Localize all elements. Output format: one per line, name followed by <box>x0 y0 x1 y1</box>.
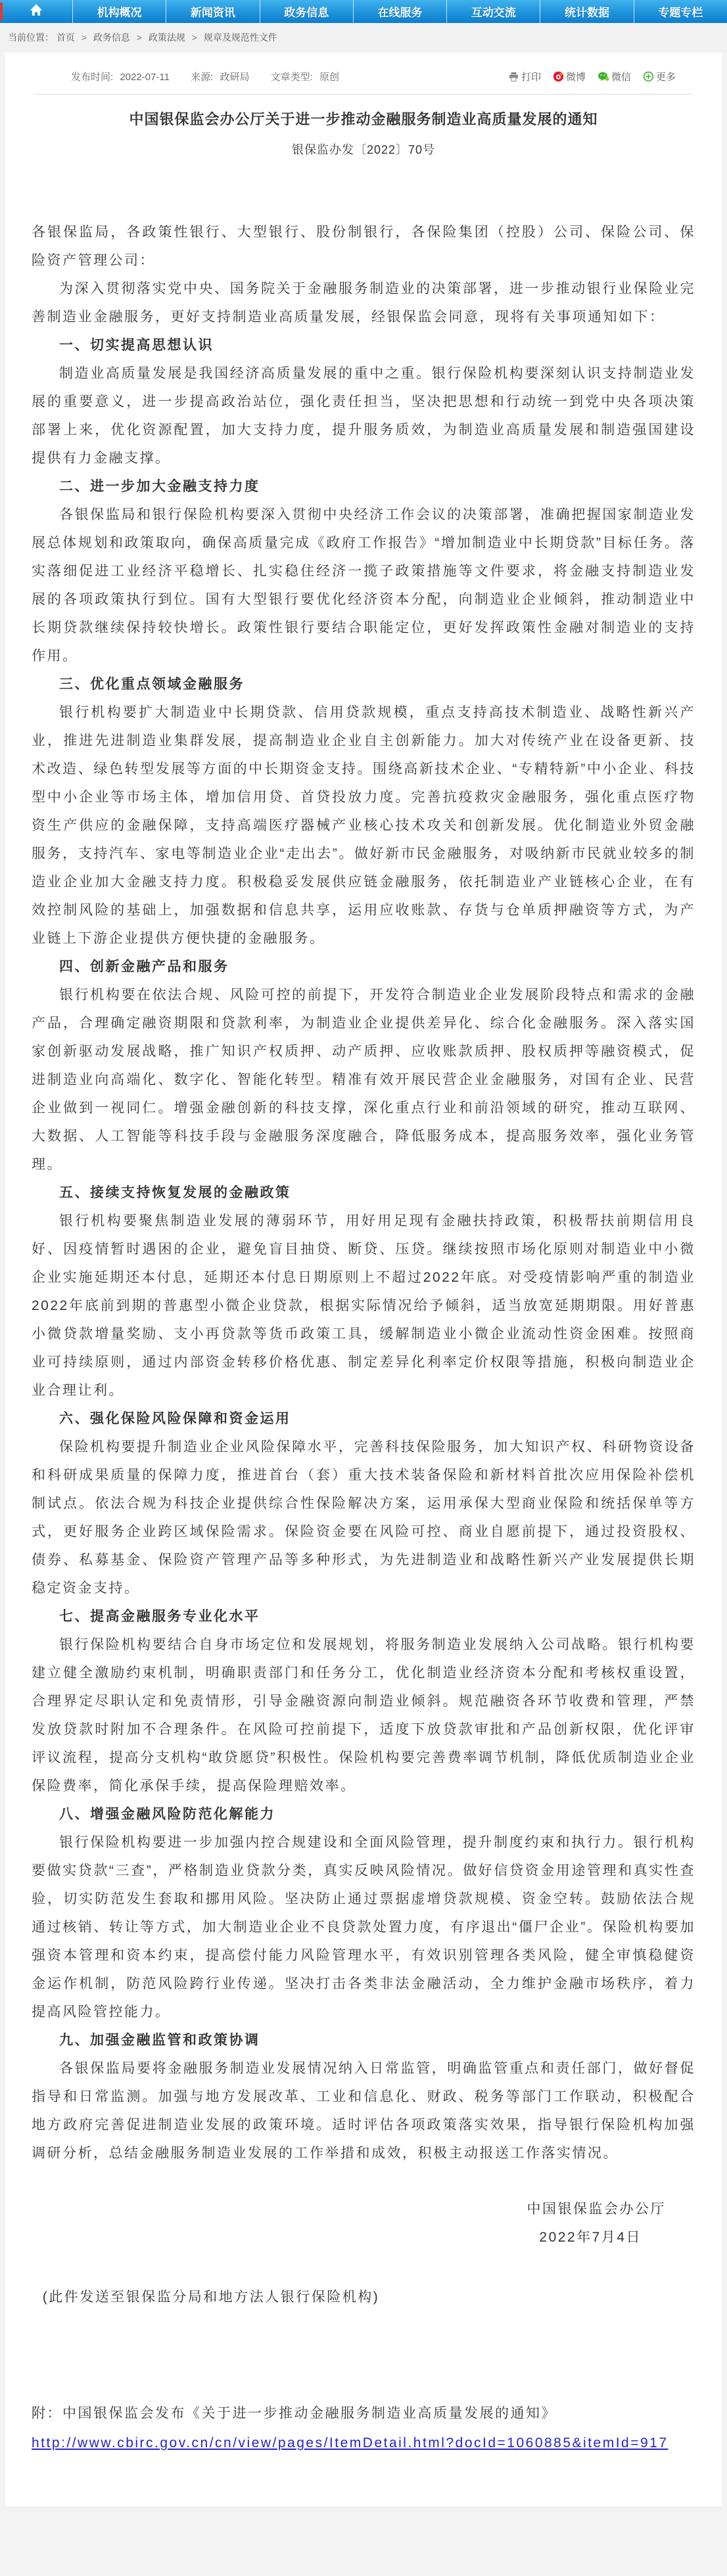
section-9-heading: 九、加强金融监管和政策协调 <box>32 2026 695 2054</box>
section-7-heading: 七、提高金融服务专业化水平 <box>32 1602 695 1631</box>
section-2-heading: 二、进一步加大金融支持力度 <box>32 472 695 501</box>
breadcrumb-separator: > <box>137 32 142 43</box>
section-5-body: 银行机构要聚焦制造业发展的薄弱环节，用好用足现有金融扶持政策，积极帮扶前期信用良… <box>32 1207 695 1405</box>
printer-icon <box>508 72 519 82</box>
breadcrumb-normative-documents[interactable]: 规章及规范性文件 <box>204 32 277 43</box>
nav-item-statistics[interactable]: 统计数据 <box>540 0 633 23</box>
section-2-body: 各银保监局和银行保险机构要深入贯彻中央经济工作会议的决策部署，准确把握国家制造业… <box>32 501 695 670</box>
salutation: 各银保监局，各政策性银行、大型银行、股份制银行，各保险集团（控股）公司、保险公司… <box>32 218 695 275</box>
source-value: 政研局 <box>220 72 249 83</box>
content-card: 发布时间: 2022-07-11 来源: 政研局 文章类型: 原创 <box>5 53 722 2506</box>
article-type-value: 原创 <box>319 72 339 83</box>
breadcrumb-gov-info[interactable]: 政务信息 <box>93 32 130 43</box>
nav-item-special-topics[interactable]: 专题专栏 <box>634 0 727 23</box>
print-label: 打印 <box>521 70 541 83</box>
source-label: 来源: <box>191 72 213 83</box>
section-6-body: 保险机构要提升制造业企业风险保障水平，完善科技保险服务，加大知识产权、科研物资设… <box>32 1433 695 1602</box>
top-nav: 机构概况 新闻资讯 政务信息 在线服务 互动交流 统计数据 专题专栏 <box>0 0 727 23</box>
more-label: 更多 <box>656 70 676 83</box>
nav-item-gov-info[interactable]: 政务信息 <box>260 0 353 23</box>
page: 机构概况 新闻资讯 政务信息 在线服务 互动交流 统计数据 专题专栏 当前位置：… <box>0 0 727 2506</box>
article-type-label: 文章类型: <box>271 72 313 83</box>
nav-item-online-services[interactable]: 在线服务 <box>353 0 446 23</box>
header-divider <box>35 94 692 95</box>
weibo-share-button[interactable]: 微博 <box>553 70 586 83</box>
wechat-icon <box>598 71 609 82</box>
more-share-button[interactable]: 更多 <box>643 70 676 83</box>
distribution-note: (此件发送至银保监分局和地方法人银行保险机构) <box>32 2283 695 2311</box>
nav-left-accent <box>0 3 3 20</box>
page-title: 中国银保监会办公厅关于进一步推动金融服务制造业高质量发展的通知 <box>45 109 682 130</box>
issue-date: 2022年7月4日 <box>32 2223 695 2251</box>
section-6-heading: 六、强化保险风险保障和资金运用 <box>32 1405 695 1433</box>
wechat-share-button[interactable]: 微信 <box>598 70 631 83</box>
section-5-heading: 五、接续支持恢复发展的金融政策 <box>32 1179 695 1207</box>
intro-paragraph: 为深入贯彻落实党中央、国务院关于金融服务制造业的决策部署，进一步推动银行业保险业… <box>32 275 695 331</box>
weibo-icon <box>553 71 564 82</box>
document-number: 银保监办发〔2022〕70号 <box>5 141 722 158</box>
more-plus-icon <box>643 71 654 82</box>
share-actions: 打印 微博 <box>496 70 676 83</box>
breadcrumb-home[interactable]: 首页 <box>57 32 75 43</box>
section-1-heading: 一、切实提高思想认识 <box>32 331 695 359</box>
attachment-label: 附：中国银保监会发布《关于进一步推动金融服务制造业高质量发展的通知》 <box>32 2399 695 2428</box>
wechat-label: 微信 <box>611 70 631 83</box>
weibo-label: 微博 <box>566 70 586 83</box>
section-1-body: 制造业高质量发展是我国经济高质量发展的重中之重。银行保险机构要深刻认识支持制造业… <box>32 359 695 472</box>
section-8-heading: 八、增强金融风险防范化解能力 <box>32 1800 695 1828</box>
section-7-body: 银行保险机构要结合自身市场定位和发展规划，将服务制造业发展纳入公司战略。银行机构… <box>32 1631 695 1800</box>
breadcrumb-label: 当前位置： <box>8 32 54 43</box>
article-meta: 发布时间: 2022-07-11 来源: 政研局 文章类型: 原创 <box>71 70 343 83</box>
section-4-body: 银行机构要在依法合规、风险可控的前提下，开发符合制造业企业发展阶段特点和需求的金… <box>32 981 695 1179</box>
nav-item-agency-overview[interactable]: 机构概况 <box>72 0 166 23</box>
home-icon <box>29 3 43 20</box>
publish-time-label: 发布时间: <box>71 72 113 83</box>
nav-item-news[interactable]: 新闻资讯 <box>166 0 259 23</box>
section-3-heading: 三、优化重点领域金融服务 <box>32 670 695 698</box>
section-3-body: 银行机构要扩大制造业中长期贷款、信用贷款规模，重点支持高技术制造业、战略性新兴产… <box>32 698 695 953</box>
publish-time-value: 2022-07-11 <box>120 72 170 83</box>
print-button[interactable]: 打印 <box>508 70 541 83</box>
breadcrumb-separator: > <box>82 32 87 43</box>
article-body: 各银保监局，各政策性银行、大型银行、股份制银行，各保险集团（控股）公司、保险公司… <box>5 218 722 2457</box>
attachment-link[interactable]: http://www.cbirc.gov.cn/cn/view/pages/It… <box>32 2435 668 2451</box>
section-4-heading: 四、创新金融产品和服务 <box>32 953 695 981</box>
section-8-body: 银行保险机构要进一步加强内控合规建设和全面风险管理，提升制度约束和执行力。银行机… <box>32 1828 695 2026</box>
nav-item-interaction[interactable]: 互动交流 <box>446 0 540 23</box>
home-link[interactable] <box>0 0 72 23</box>
issuing-office-signature: 中国银保监会办公厅 <box>32 2195 695 2223</box>
breadcrumb: 当前位置： 首页 > 政务信息 > 政策法规 > 规章及规范性文件 <box>0 23 727 53</box>
breadcrumb-separator: > <box>192 32 197 43</box>
breadcrumb-policy-regulations[interactable]: 政策法规 <box>149 32 185 43</box>
meta-row: 发布时间: 2022-07-11 来源: 政研局 文章类型: 原创 <box>5 53 722 83</box>
section-9-body: 各银保监局要将金融服务制造业发展情况纳入日常监管，明确监管重点和责任部门，做好督… <box>32 2054 695 2167</box>
attachment-link-row: http://www.cbirc.gov.cn/cn/view/pages/It… <box>32 2429 695 2457</box>
